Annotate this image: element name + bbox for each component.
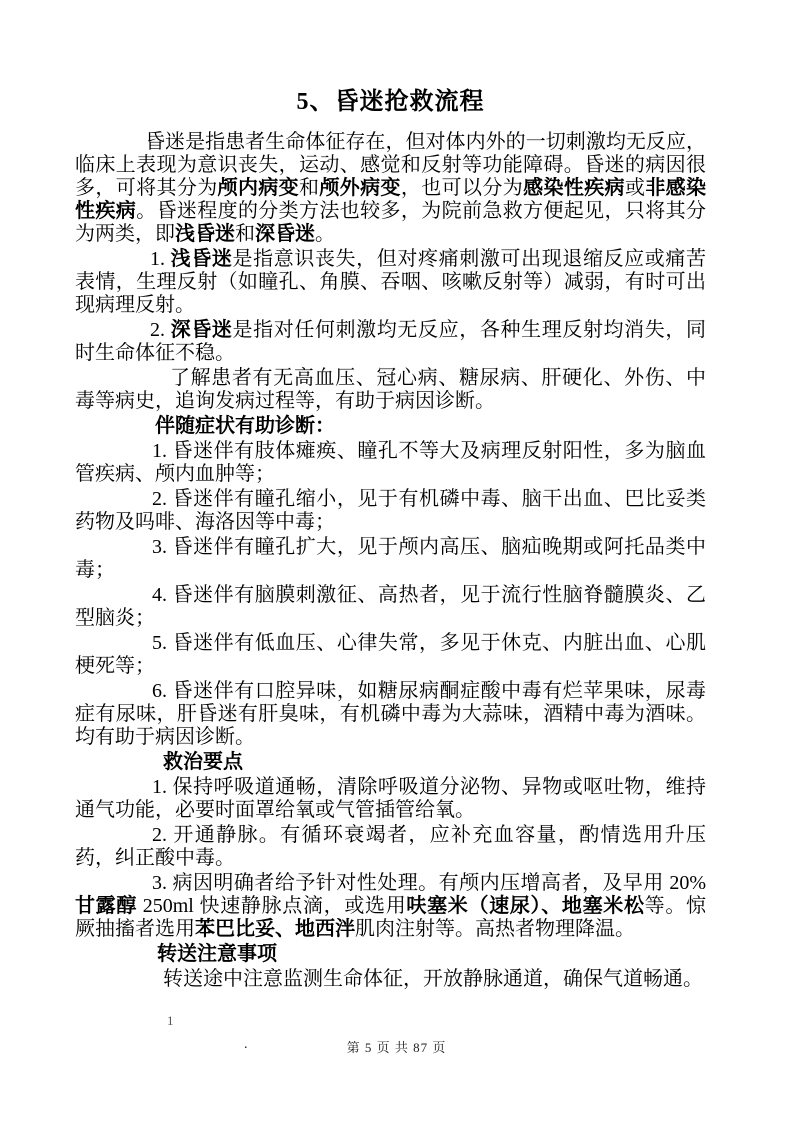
paragraph: 1. 昏迷伴有肢体瘫痪、瞳孔不等大及病理反射阳性，多为脑血管疾病、颅内血肿等； xyxy=(75,440,706,486)
paragraph: 1. 浅昏迷是指意识丧失，但对疼痛刺激可出现退缩反应或痛苦表情，生理反射（如瞳孔… xyxy=(75,248,706,317)
text-run: 3. 昏迷伴有瞳孔扩大，见于颅内高压、脑疝晚期或阿托品类中毒； xyxy=(75,536,706,581)
paragraph: 3. 病因明确者给予针对性处理。有颅内压增高者，及早用 20%甘露醇 250ml… xyxy=(75,872,706,941)
bold-text-run: 浅昏迷 xyxy=(175,223,235,245)
paragraph: 6. 昏迷伴有口腔异味，如糖尿病酮症酸中毒有烂苹果味，尿毒症有尿味，肝昏迷有肝臭… xyxy=(75,680,706,749)
text-run: 250ml 快速静脉点滴，或选用 xyxy=(137,895,406,917)
section-heading: 救治要点 xyxy=(75,751,706,774)
paragraph: 5. 昏迷伴有低血压、心律失常，多见于休克、内脏出血、心肌梗死等； xyxy=(75,632,706,678)
text-run: 2. 开通静脉。有循环衰竭者，应补充血容量，酌情选用升压药，纠正酸中毒。 xyxy=(75,824,706,869)
bold-text-run: 伴随症状有助诊断： xyxy=(155,415,335,437)
paragraph: 2. 昏迷伴有瞳孔缩小，见于有机磷中毒、脑干出血、巴比妥类药物及吗啡、海洛因等中… xyxy=(75,488,706,534)
text-run: 1. 昏迷伴有肢体瘫痪、瞳孔不等大及病理反射阳性，多为脑血管疾病、颅内血肿等； xyxy=(75,440,706,485)
document-page: 5、昏迷抢救流程 昏迷是指患者生命体征存在，但对体内外的一切刺激均无反应，临床上… xyxy=(0,0,793,1122)
text-run: 2. xyxy=(150,319,171,341)
text-run: 转送途中注意监测生命体征，开放静脉通道，确保气道畅通。 xyxy=(163,968,703,990)
footnote-mark: 1 xyxy=(167,1013,174,1029)
text-run: 或 xyxy=(625,177,645,199)
text-run: 和 xyxy=(299,177,319,199)
text-run: 肌肉注射等。高热者物理降温。 xyxy=(355,918,635,940)
text-run: 。 xyxy=(315,223,335,245)
text-run: ，也可以分为 xyxy=(401,177,523,199)
bold-text-run: 浅昏迷 xyxy=(171,248,233,270)
paragraph: 了解患者有无高血压、冠心病、糖尿病、肝硬化、外伤、中毒等病史，追询发病过程等，有… xyxy=(75,367,706,413)
bold-text-run: 苯巴比妥、地西泮 xyxy=(195,918,355,940)
text-run: 了解患者有无高血压、冠心病、糖尿病、肝硬化、外伤、中毒等病史，追询发病过程等，有… xyxy=(75,367,706,412)
text-run: 。昏迷程度的分类方法也较多，为院前急救方便起见，只将其分为两类，即 xyxy=(75,200,706,245)
paragraph: 转送途中注意监测生命体征，开放静脉通道，确保气道畅通。 xyxy=(75,968,706,991)
paragraph: 2. 深昏迷是指对任何刺激均无反应，各种生理反射均消失，同时生命体征不稳。 xyxy=(75,319,706,365)
bold-text-run: 甘露醇 xyxy=(75,895,137,917)
bold-text-run: 救治要点 xyxy=(163,751,243,773)
text-run: 2. 昏迷伴有瞳孔缩小，见于有机磷中毒、脑干出血、巴比妥类药物及吗啡、海洛因等中… xyxy=(75,488,706,533)
text-run: 5. 昏迷伴有低血压、心律失常，多见于休克、内脏出血、心肌梗死等； xyxy=(75,632,706,677)
paragraph: 昏迷是指患者生命体征存在，但对体内外的一切刺激均无反应，临床上表现为意识丧失，运… xyxy=(75,131,706,246)
document-title: 5、昏迷抢救流程 xyxy=(75,86,706,118)
text-run: 4. 昏迷伴有脑膜刺激征、高热者，见于流行性脑脊髓膜炎、乙型脑炎； xyxy=(75,584,706,629)
text-run: 3. 病因明确者给予针对性处理。有颅内压增高者，及早用 20% xyxy=(152,872,706,894)
text-run: 6. 昏迷伴有口腔异味，如糖尿病酮症酸中毒有烂苹果味，尿毒症有尿味，肝昏迷有肝臭… xyxy=(75,680,706,748)
bold-text-run: 转送注意事项 xyxy=(157,943,277,965)
text-run: 1. xyxy=(150,248,171,270)
text-run: 和 xyxy=(235,223,255,245)
bold-text-run: 颅内病变 xyxy=(218,177,299,199)
paragraph: 2. 开通静脉。有循环衰竭者，应补充血容量，酌情选用升压药，纠正酸中毒。 xyxy=(75,824,706,870)
paragraph: 3. 昏迷伴有瞳孔扩大，见于颅内高压、脑疝晚期或阿托品类中毒； xyxy=(75,536,706,582)
bold-text-run: 深昏迷 xyxy=(171,319,233,341)
bold-text-run: 颅外病变 xyxy=(319,177,400,199)
section-heading: 转送注意事项 xyxy=(75,943,706,966)
paragraph: 1. 保持呼吸道通畅，清除呼吸道分泌物、异物或呕吐物，维持通气功能，必要时面罩给… xyxy=(75,776,706,822)
section-heading: 伴随症状有助诊断： xyxy=(75,415,706,438)
document-content: 5、昏迷抢救流程 昏迷是指患者生命体征存在，但对体内外的一切刺激均无反应，临床上… xyxy=(75,86,706,993)
bold-text-run: 感染性疾病 xyxy=(523,177,625,199)
page-number: 第 5 页 共 87 页 xyxy=(0,1040,793,1056)
bold-text-run: 呋塞米（速尿）、地塞米松 xyxy=(406,895,644,917)
document-body: 昏迷是指患者生命体征存在，但对体内外的一切刺激均无反应，临床上表现为意识丧失，运… xyxy=(75,131,706,991)
paragraph: 4. 昏迷伴有脑膜刺激征、高热者，见于流行性脑脊髓膜炎、乙型脑炎； xyxy=(75,584,706,630)
text-run: 1. 保持呼吸道通畅，清除呼吸道分泌物、异物或呕吐物，维持通气功能，必要时面罩给… xyxy=(75,776,706,821)
bold-text-run: 深昏迷 xyxy=(255,223,315,245)
